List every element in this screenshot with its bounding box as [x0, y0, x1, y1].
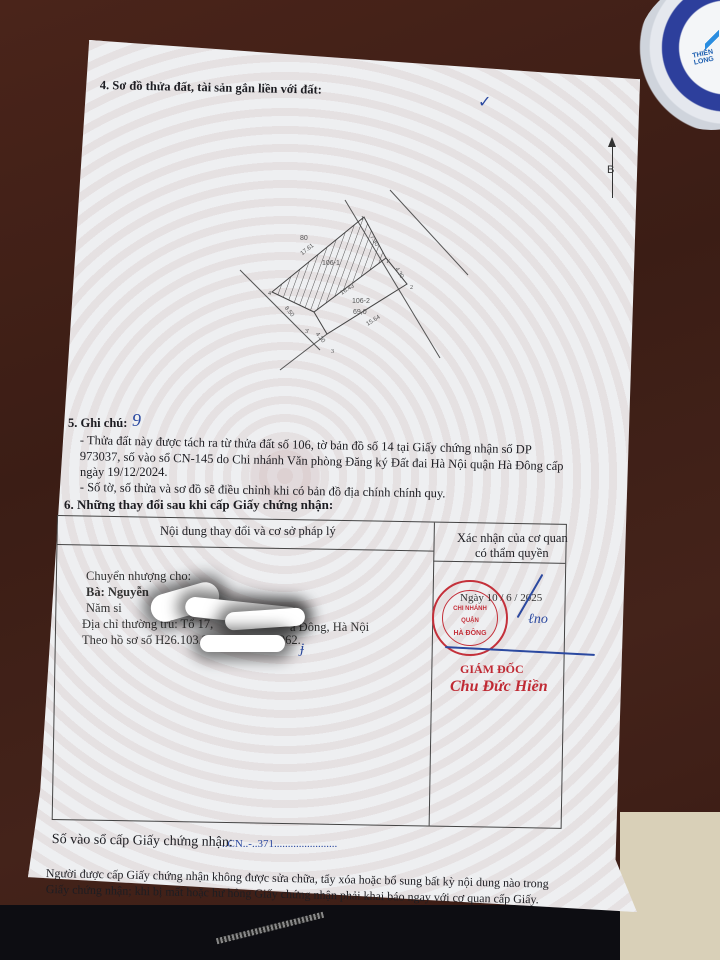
- note-line: ngày 19/12/2024.: [80, 465, 168, 480]
- initial-signature: ɉ: [300, 641, 304, 658]
- point-label: 3: [331, 349, 334, 355]
- signer-name: Chu Đức Hiền: [450, 678, 548, 696]
- entry-line: Năm si: [86, 601, 122, 616]
- point-label: 1': [386, 259, 390, 265]
- stamp-text: HÀ ĐÔNG: [444, 630, 496, 637]
- column-header-confirm: Xác nhận của cơ quan: [457, 531, 568, 546]
- section-4-heading: 4. Sơ đồ thửa đất, tài sản gắn liền với …: [100, 78, 322, 98]
- entry-line: Bà: Nguyễn: [86, 585, 149, 600]
- point-label: 2: [410, 285, 413, 291]
- column-header-confirm: có thẩm quyền: [475, 546, 549, 561]
- table-divider: [433, 561, 565, 564]
- table-divider: [57, 544, 433, 552]
- register-label: Số vào sổ cấp Giấy chứng nhận:: [52, 832, 233, 851]
- north-label: B: [607, 164, 614, 176]
- point-label: 4: [268, 291, 271, 297]
- redaction-mark: [200, 635, 285, 652]
- stamp-text: CHI NHÁNH: [444, 606, 496, 612]
- table-divider: [429, 523, 435, 826]
- column-header-content: Nội dung thay đổi và cơ sở pháp lý: [160, 524, 336, 539]
- section-6-heading: 6. Những thay đổi sau khi cấp Giấy chứng…: [64, 497, 333, 513]
- document-content: 4. Sơ đồ thửa đất, tài sản gắn liền với …: [0, 0, 720, 960]
- checkmark-icon: ✓: [478, 92, 491, 112]
- parcel-diagram: [230, 180, 490, 380]
- point-label: 3': [305, 329, 309, 335]
- signer-title: GIÁM ĐỐC: [460, 662, 524, 677]
- signature: ℓno: [528, 612, 548, 628]
- entry-line: Chuyển nhượng cho:: [86, 569, 191, 584]
- parcel-other-area: 69,0: [353, 309, 367, 316]
- neighbor-parcel-label: 80: [300, 235, 308, 242]
- handwritten-mark: 9: [132, 410, 141, 431]
- stamp-text: QUẬN: [444, 618, 496, 624]
- parcel-other-label: 106-2: [352, 298, 370, 305]
- point-label: 1: [361, 216, 364, 222]
- register-value: ..CN..-..371.......................: [222, 838, 337, 850]
- section-5-heading: 5. Ghi chú:: [68, 416, 127, 431]
- entry-line: Địa chỉ thường trú: Tổ 17,: [82, 617, 213, 632]
- parcel-main-label: 106-1: [322, 260, 340, 267]
